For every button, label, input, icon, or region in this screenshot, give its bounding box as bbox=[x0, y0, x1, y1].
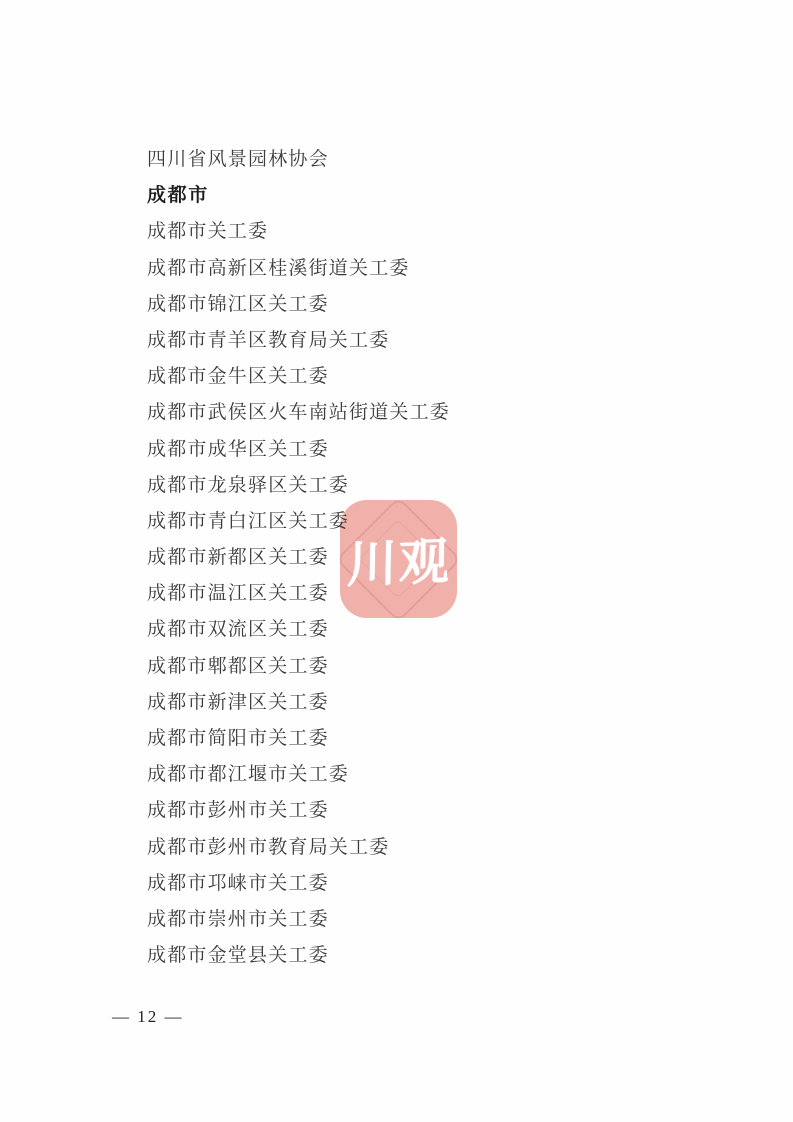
org-list-item: 成都市金牛区关工委 bbox=[147, 359, 450, 395]
org-list: 四川省风景园林协会成都市成都市关工委成都市高新区桂溪街道关工委成都市锦江区关工委… bbox=[147, 142, 450, 974]
org-list-item: 成都市邛崃市关工委 bbox=[147, 866, 450, 902]
org-list-item: 成都市简阳市关工委 bbox=[147, 721, 450, 757]
org-list-item: 成都市青羊区教育局关工委 bbox=[147, 323, 450, 359]
org-list-item: 成都市双流区关工委 bbox=[147, 612, 450, 648]
org-list-item: 成都市关工委 bbox=[147, 214, 450, 250]
org-list-item: 成都市金堂县关工委 bbox=[147, 938, 450, 974]
org-list-item: 成都市彭州市教育局关工委 bbox=[147, 830, 450, 866]
document-page: 川观 四川省风景园林协会成都市成都市关工委成都市高新区桂溪街道关工委成都市锦江区… bbox=[0, 0, 793, 1122]
city-heading: 成都市 bbox=[147, 178, 450, 214]
org-list-item: 成都市成华区关工委 bbox=[147, 432, 450, 468]
org-list-item: 成都市武侯区火车南站街道关工委 bbox=[147, 395, 450, 431]
org-list-item: 成都市都江堰市关工委 bbox=[147, 757, 450, 793]
page-number: — 12 — bbox=[112, 1005, 184, 1029]
org-list-item: 成都市郫都区关工委 bbox=[147, 649, 450, 685]
org-list-item: 四川省风景园林协会 bbox=[147, 142, 450, 178]
org-list-item: 成都市彭州市关工委 bbox=[147, 793, 450, 829]
org-list-item: 成都市新都区关工委 bbox=[147, 540, 450, 576]
org-list-item: 成都市崇州市关工委 bbox=[147, 902, 450, 938]
org-list-item: 成都市青白江区关工委 bbox=[147, 504, 450, 540]
org-list-item: 成都市龙泉驿区关工委 bbox=[147, 468, 450, 504]
org-list-item: 成都市高新区桂溪街道关工委 bbox=[147, 251, 450, 287]
org-list-item: 成都市新津区关工委 bbox=[147, 685, 450, 721]
org-list-item: 成都市温江区关工委 bbox=[147, 576, 450, 612]
org-list-item: 成都市锦江区关工委 bbox=[147, 287, 450, 323]
